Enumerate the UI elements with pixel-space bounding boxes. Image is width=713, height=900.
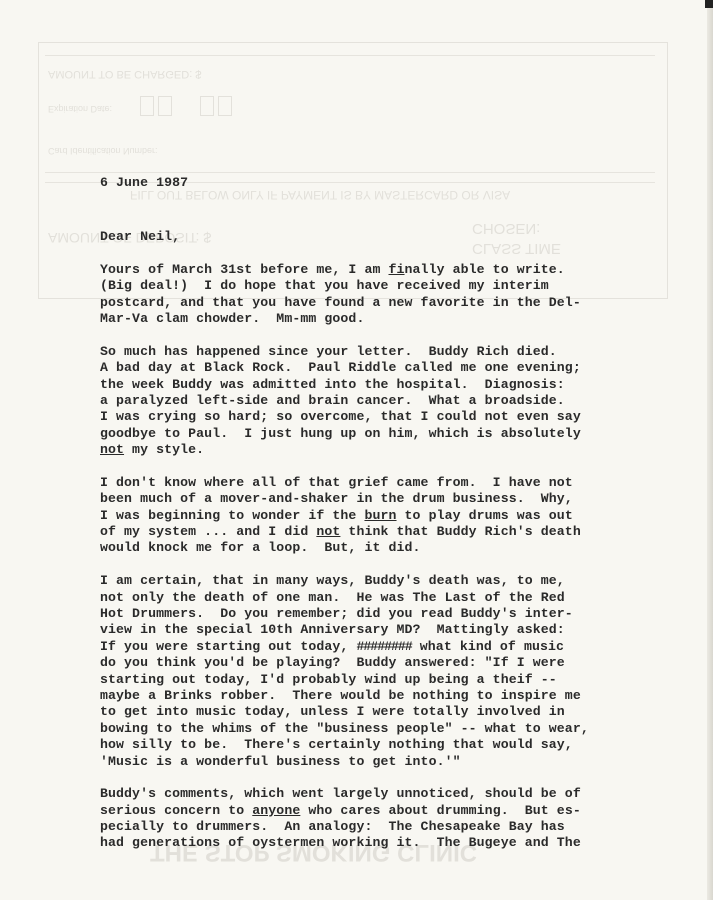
text-line: been much of a mover-and-shaker in the d… [100, 491, 620, 507]
underlined-word: not [316, 524, 340, 539]
paragraph-gap [100, 327, 620, 343]
text-line: starting out today, I'd probably wind up… [100, 672, 620, 688]
text-line: a paralyzed left-side and brain cancer. … [100, 393, 620, 409]
scan-corner [705, 0, 713, 8]
underlined-word: anyone [252, 803, 300, 818]
letter-paragraph: Yours of March 31st before me, I am fina… [100, 262, 620, 328]
letter-paragraph: So much has happened since your letter. … [100, 344, 620, 459]
paragraph-gap [100, 557, 620, 573]
text-line: how silly to be. There's certainly nothi… [100, 737, 620, 753]
text-line: of my system ... and I did not think tha… [100, 524, 620, 540]
bleed-through-text: AMOUNT TO BE CHARGED: $ [48, 68, 201, 80]
bleed-through-box [158, 96, 172, 116]
bleed-through-rule [45, 55, 655, 56]
text-line: Yours of March 31st before me, I am fina… [100, 262, 620, 278]
text-line: So much has happened since your letter. … [100, 344, 620, 360]
text-line: serious concern to anyone who cares abou… [100, 803, 620, 819]
text-line: Hot Drummers. Do you remember; did you r… [100, 606, 620, 622]
text-line: I am certain, that in many ways, Buddy's… [100, 573, 620, 589]
page-edge [707, 0, 713, 900]
text-line: the week Buddy was admitted into the hos… [100, 377, 620, 393]
text-line: If you were starting out today, ########… [100, 639, 620, 655]
underlined-word: fi [389, 262, 405, 277]
bleed-through-text: Card Identification Number: [48, 146, 158, 156]
underlined-word: burn [364, 508, 396, 523]
text-line: I was beginning to wonder if the burn to… [100, 508, 620, 524]
letter-paragraph: Buddy's comments, which went largely unn… [100, 786, 620, 852]
text-line: goodbye to Paul. I just hung up on him, … [100, 426, 620, 442]
text-line: postcard, and that you have found a new … [100, 295, 620, 311]
letter-date: 6 June 1987 [100, 175, 620, 191]
underlined-word: not [100, 442, 124, 457]
text-line: 'Music is a wonderful business to get in… [100, 754, 620, 770]
typed-strikeout: ######## [356, 639, 411, 654]
text-line: view in the special 10th Anniversary MD?… [100, 622, 620, 638]
text-line: not only the death of one man. He was Th… [100, 590, 620, 606]
text-line: Mar-Va clam chowder. Mm-mm good. [100, 311, 620, 327]
text-line: do you think you'd be playing? Buddy ans… [100, 655, 620, 671]
bleed-through-box [200, 96, 214, 116]
text-line: would knock me for a loop. But, it did. [100, 540, 620, 556]
bleed-through-text: Expiration Date: [48, 104, 112, 114]
paragraph-gap [100, 458, 620, 474]
bleed-through-box [140, 96, 154, 116]
scanned-letter-page: AMOUNT TO BE CHARGED: $ Expiration Date:… [0, 0, 713, 900]
letter-paragraphs: Yours of March 31st before me, I am fina… [100, 262, 620, 852]
letter-paragraph: I am certain, that in many ways, Buddy's… [100, 573, 620, 770]
text-line: pecially to drummers. An analogy: The Ch… [100, 819, 620, 835]
text-line: had generations of oystermen working it.… [100, 835, 620, 851]
text-line: A bad day at Black Rock. Paul Riddle cal… [100, 360, 620, 376]
text-line: not my style. [100, 442, 620, 458]
bleed-through-rule [45, 172, 655, 173]
text-line: maybe a Brinks robber. There would be no… [100, 688, 620, 704]
text-line: I was crying so hard; so overcome, that … [100, 409, 620, 425]
text-line: (Big deal!) I do hope that you have rece… [100, 278, 620, 294]
text-line: Buddy's comments, which went largely unn… [100, 786, 620, 802]
paragraph-gap [100, 770, 620, 786]
text-line: I don't know where all of that grief cam… [100, 475, 620, 491]
letter-salutation: Dear Neil, [100, 229, 620, 245]
letter-body: 6 June 1987 Dear Neil, Yours of March 31… [100, 175, 620, 852]
text-line: to get into music today, unless I were t… [100, 704, 620, 720]
letter-paragraph: I don't know where all of that grief cam… [100, 475, 620, 557]
text-line: bowing to the whims of the "business peo… [100, 721, 620, 737]
bleed-through-box [218, 96, 232, 116]
